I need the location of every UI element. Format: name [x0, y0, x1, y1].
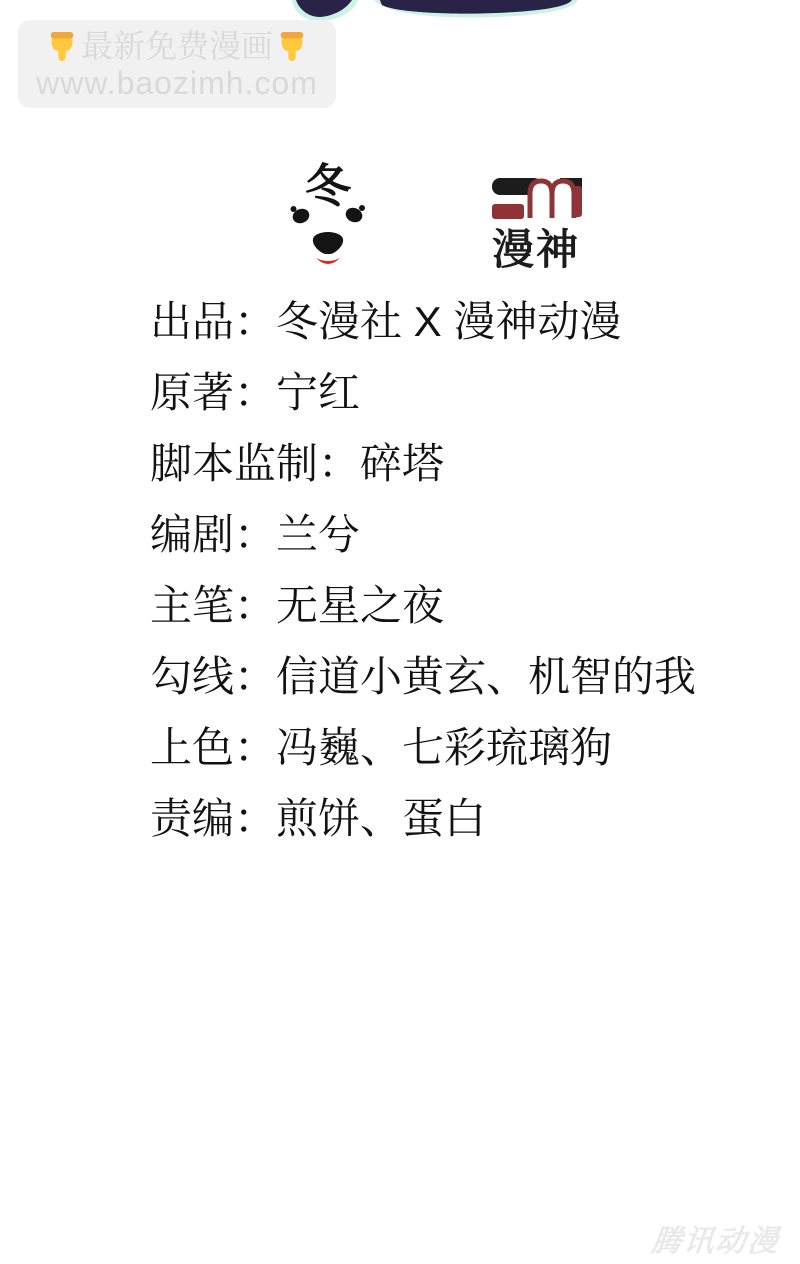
credit-line-producer: 出品：冬漫社 X 漫神动漫 — [150, 283, 770, 354]
manshen-emblem — [492, 178, 582, 219]
credit-line-screenwriter: 编剧：兰兮 — [150, 496, 770, 567]
point-down-hand-icon — [277, 30, 307, 62]
manshen-logo: 漫神 — [488, 168, 584, 274]
comic-credits-page: 最新免费漫画 www.baozimh.com 冬 — [0, 0, 800, 1264]
credit-line-editor: 责编：煎饼、蛋白 — [150, 780, 770, 851]
dog-nose — [313, 232, 343, 254]
promo-line1: 最新免费漫画 — [47, 28, 307, 64]
credit-line-lineart: 勾线：信道小黄玄、机智的我 — [150, 638, 770, 709]
promo-line1-text: 最新免费漫画 — [81, 28, 273, 64]
manshen-wordmark: 漫神 — [492, 226, 580, 273]
credit-line-original-author: 原著：宁红 — [150, 354, 770, 425]
credit-line-coloring: 上色：冯巍、七彩琉璃狗 — [150, 709, 770, 780]
credits-list: 出品：冬漫社 X 漫神动漫 原著：宁红 脚本监制：碎塔 编剧：兰兮 主笔：无星之… — [150, 283, 770, 851]
credit-line-script-supervisor: 脚本监制：碎塔 — [150, 425, 770, 496]
dog-tongue — [316, 258, 340, 264]
credit-line-lead-artist: 主笔：无星之夜 — [150, 567, 770, 638]
point-down-hand-icon — [47, 30, 77, 62]
promo-site-url: www.baozimh.com — [36, 66, 318, 100]
top-title-artwork — [288, 0, 578, 22]
dog-forehead-character: 冬 — [305, 161, 351, 212]
dongmanshe-dog-logo: 冬 — [286, 158, 370, 282]
promo-watermark-badge: 最新免费漫画 www.baozimh.com — [18, 20, 336, 108]
tencent-comics-watermark: 腾讯动漫 — [650, 1216, 783, 1260]
